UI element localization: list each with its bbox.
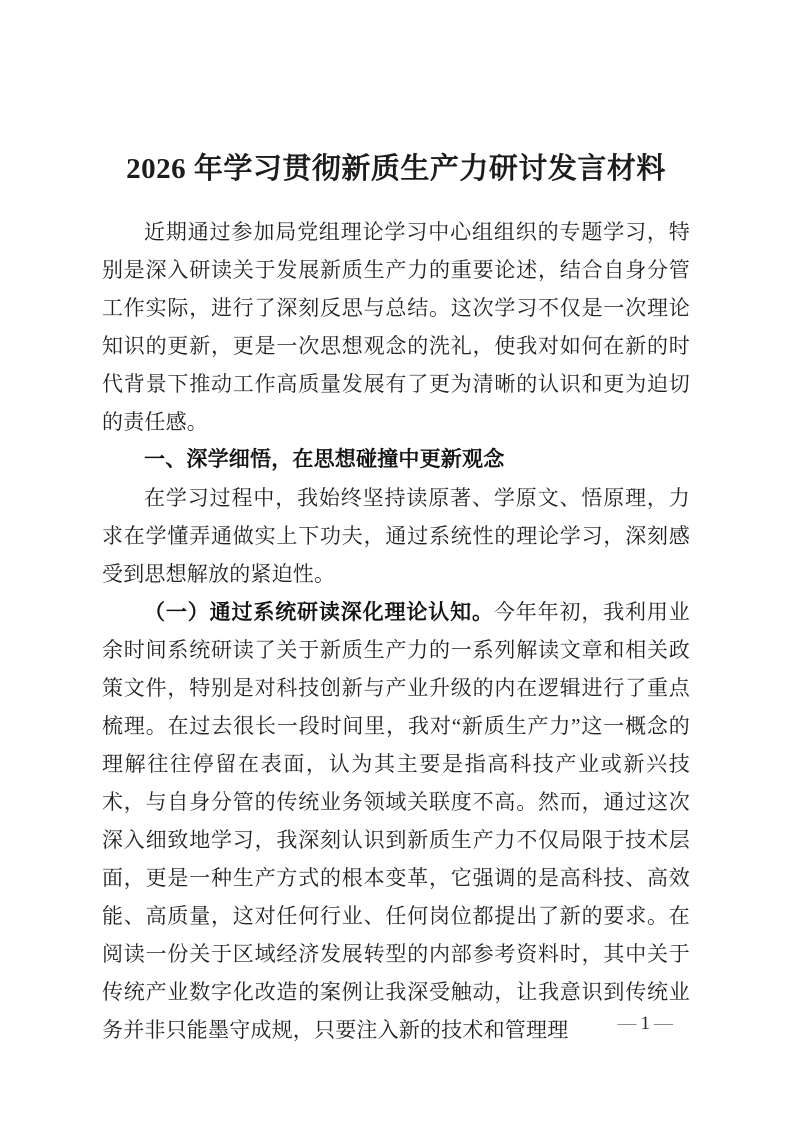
document-body: 近期通过参加局党组理论学习中心组组织的专题学习，特别是深入研读关于发展新质生产力… — [102, 213, 690, 1049]
paragraph-text: 今年年初，我利用业余时间系统研读了关于新质生产力的一系列解读文章和相关政策文件，… — [102, 600, 690, 1042]
paragraph-lead-emphasis: （一）通过系统研读深化理论认知。 — [144, 600, 494, 624]
section-heading: 一、深学细悟，在思想碰撞中更新观念 — [102, 441, 690, 479]
page-number-left-dash: — — [618, 1013, 637, 1034]
body-paragraph: （一）通过系统研读深化理论认知。今年年初，我利用业余时间系统研读了关于新质生产力… — [102, 593, 690, 1049]
page-number-value: 1 — [641, 1013, 651, 1034]
document-page: 2026 年学习贯彻新质生产力研讨发言材料 近期通过参加局党组理论学习中心组组织… — [0, 0, 793, 1122]
page-number-right-dash: — — [654, 1013, 673, 1034]
body-paragraph: 近期通过参加局党组理论学习中心组组织的专题学习，特别是深入研读关于发展新质生产力… — [102, 213, 690, 441]
page-number: —1— — [614, 1012, 678, 1036]
document-title: 2026 年学习贯彻新质生产力研讨发言材料 — [102, 146, 690, 192]
body-paragraph: 在学习过程中，我始终坚持读原著、学原文、悟原理，力求在学懂弄通做实上下功夫，通过… — [102, 479, 690, 593]
